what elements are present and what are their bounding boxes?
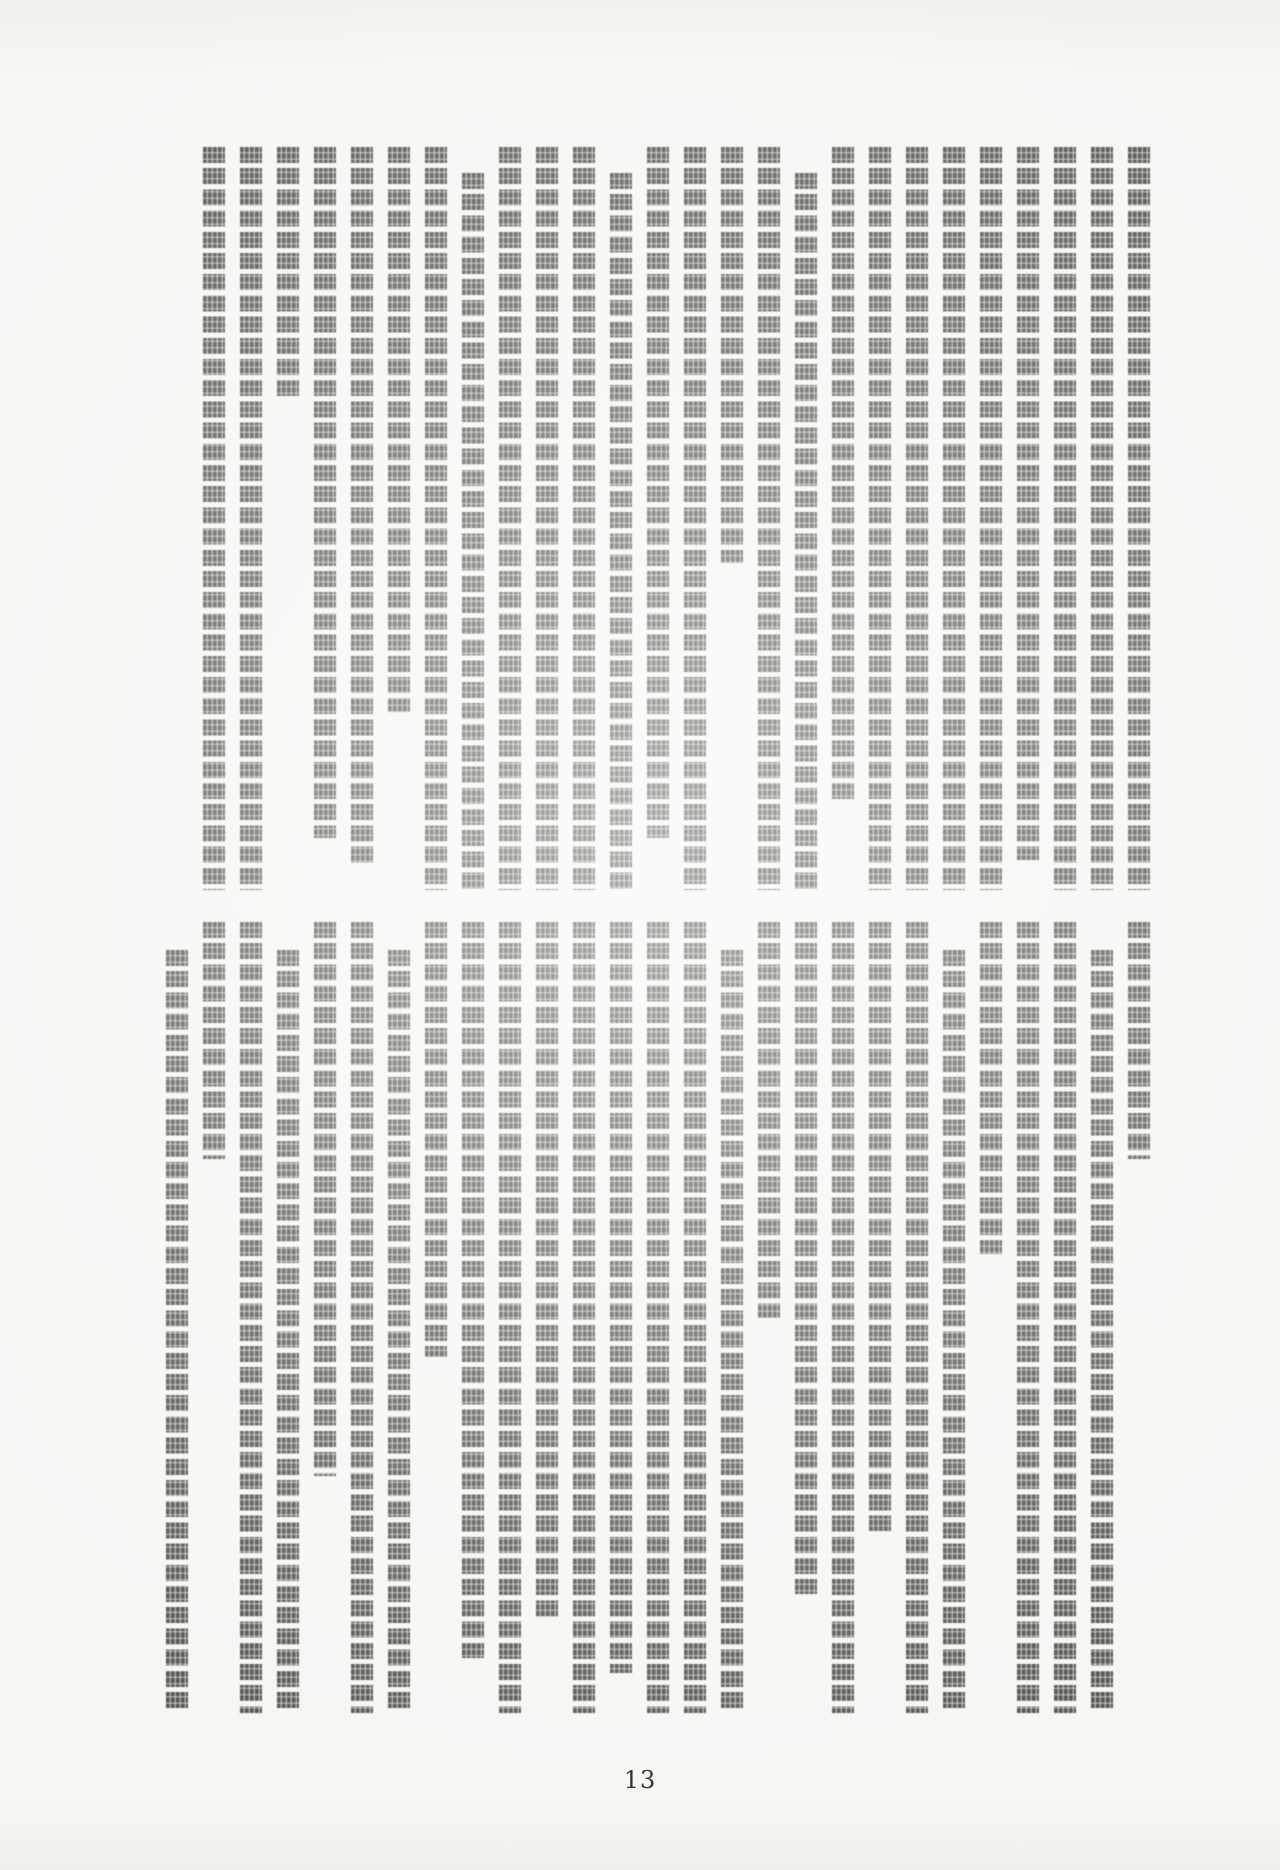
text-column xyxy=(647,147,669,838)
text-column xyxy=(610,922,632,1673)
text-column xyxy=(610,173,632,890)
text-column xyxy=(869,922,891,1531)
lower-text-block xyxy=(166,922,1150,1713)
text-column xyxy=(277,950,299,1713)
text-column xyxy=(1091,950,1113,1713)
text-column xyxy=(758,922,780,1318)
text-column xyxy=(1091,147,1113,890)
text-column xyxy=(573,922,595,1713)
text-column xyxy=(536,922,558,1618)
text-column xyxy=(425,922,447,1357)
text-column xyxy=(832,922,854,1713)
text-column xyxy=(758,147,780,890)
text-column xyxy=(980,147,1002,890)
scanned-book-page: 13 xyxy=(0,0,1280,1870)
text-column xyxy=(388,950,410,1713)
text-column xyxy=(314,147,336,838)
text-column xyxy=(1017,922,1039,1713)
text-column xyxy=(351,922,373,1713)
text-column xyxy=(166,950,188,1713)
text-column xyxy=(203,922,225,1159)
text-column xyxy=(499,147,521,890)
text-column xyxy=(240,147,262,890)
text-column xyxy=(388,147,410,712)
text-column xyxy=(906,147,928,890)
text-column xyxy=(1128,147,1150,890)
text-column xyxy=(1054,922,1076,1713)
text-column xyxy=(425,147,447,890)
text-column xyxy=(499,922,521,1713)
text-column xyxy=(536,147,558,890)
text-column xyxy=(869,147,891,890)
text-column xyxy=(795,922,817,1594)
page-number: 13 xyxy=(0,1766,1280,1794)
text-column xyxy=(351,147,373,868)
text-column xyxy=(1054,147,1076,890)
text-column xyxy=(721,147,743,563)
text-column xyxy=(684,922,706,1713)
text-column xyxy=(240,922,262,1713)
text-column xyxy=(943,950,965,1713)
text-column xyxy=(1128,922,1150,1159)
text-column xyxy=(684,147,706,890)
text-column xyxy=(203,147,225,890)
text-column xyxy=(277,147,299,400)
text-column xyxy=(721,950,743,1713)
text-column xyxy=(832,147,854,801)
text-column xyxy=(573,147,595,890)
text-column xyxy=(943,147,965,890)
text-column xyxy=(795,173,817,890)
text-column xyxy=(462,922,484,1658)
text-column xyxy=(314,922,336,1476)
text-column xyxy=(906,922,928,1713)
upper-text-block xyxy=(166,147,1150,890)
text-column xyxy=(1017,147,1039,860)
text-column xyxy=(462,173,484,890)
text-column xyxy=(980,922,1002,1254)
text-column xyxy=(647,922,669,1713)
